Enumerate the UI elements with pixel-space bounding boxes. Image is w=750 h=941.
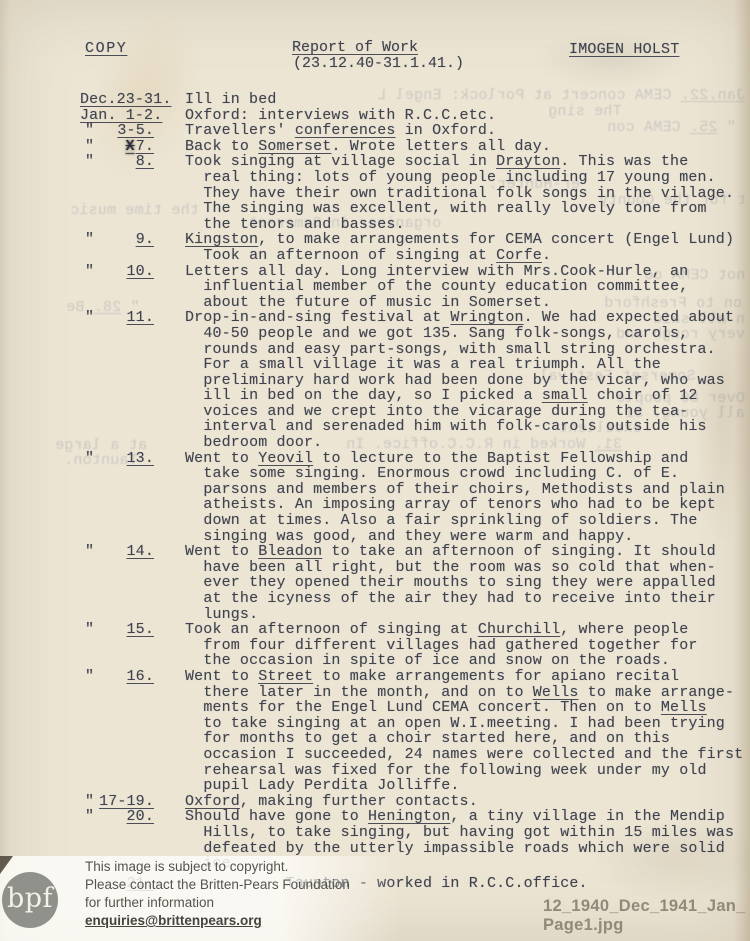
copyright-email-link[interactable]: enquiries@brittenpears.org <box>85 913 262 928</box>
report-entry: "3-5.Travellers' conferences in Oxford. <box>0 123 750 139</box>
entry-date: "11. <box>80 310 172 326</box>
entry-date: "9. <box>80 232 172 248</box>
entry-date-label: 15. <box>127 622 172 638</box>
ditto-mark: " <box>80 809 94 825</box>
ditto-mark: " <box>80 232 94 248</box>
ditto-mark: " <box>80 310 94 326</box>
entry-date-label: 11. <box>127 310 172 326</box>
report-entry: "17-19.Oxford, making further contacts. <box>0 794 750 810</box>
report-entry: "8.Took singing at village social in Dra… <box>0 154 750 232</box>
entry-date-label: 8. <box>136 154 172 170</box>
entry-date: "16. <box>80 669 172 685</box>
copyright-line-2: Please contact the Britten-Pears Foundat… <box>85 876 350 894</box>
paper-stain <box>530 30 690 90</box>
copyright-line-1: This image is subject to copyright. <box>85 858 350 876</box>
report-entry: "10.Letters all day. Long interview with… <box>0 264 750 311</box>
report-title: Report of Work <box>292 39 418 56</box>
entry-date-label: 13. <box>127 451 172 467</box>
report-entry: "9.Kingston, to make arrangements for CE… <box>0 232 750 263</box>
bpf-logo-text: bpf <box>7 883 53 917</box>
entry-date: "17-19. <box>80 794 172 810</box>
ditto-mark: " <box>80 123 94 139</box>
ditto-mark: " <box>80 622 94 638</box>
filename-line-2: Page1.jpg <box>543 916 746 935</box>
entry-date-label: Jan. 1-2. <box>80 108 162 124</box>
report-entry: "13.Went to Yeovil to lecture to the Bap… <box>0 451 750 545</box>
entry-date: "15. <box>80 622 172 638</box>
entry-date: "10. <box>80 264 172 280</box>
report-entry: Dec.23-31.Ill in bed <box>0 92 750 108</box>
report-entry: Jan. 1-2.Oxford: interviews with R.C.C.e… <box>0 108 750 124</box>
copyright-notice: This image is subject to copyright. Plea… <box>85 858 350 930</box>
entry-date-label: 3-5. <box>117 123 172 139</box>
entry-text: Took an afternoon of singing at Churchil… <box>185 622 750 669</box>
filename-line-1: 12_1940_Dec_1941_Jan_ <box>543 897 746 916</box>
entry-date-label: Dec.23-31. <box>80 92 172 108</box>
overstrike-mark: X <box>126 138 135 155</box>
entry-text: Letters all day. Long interview with Mrs… <box>185 264 750 311</box>
entry-date: "20. <box>80 809 172 825</box>
report-entries: Dec.23-31.Ill in bedJan. 1-2.Oxford: int… <box>0 92 750 891</box>
ditto-mark: " <box>80 451 94 467</box>
entry-date: "8. <box>80 154 172 170</box>
entry-text: Oxford, making further contacts. <box>185 794 750 810</box>
entry-text: Drop-in-and-sing festival at Wrington. W… <box>185 310 750 450</box>
filename-watermark: 12_1940_Dec_1941_Jan_ Page1.jpg <box>543 897 746 935</box>
entry-text: Ill in bed <box>185 92 750 108</box>
entry-date-label: 14. <box>127 544 172 560</box>
report-period: (23.12.40-31.1.41.) <box>293 55 464 72</box>
entry-date: "3-5. <box>80 123 172 139</box>
entry-date-label: X7. <box>126 139 172 155</box>
page-corner-mark <box>0 856 13 874</box>
copyright-line-3: for further information <box>85 894 350 912</box>
report-entry: "11.Drop-in-and-sing festival at Wringto… <box>0 310 750 450</box>
entry-date-label: 10. <box>127 264 172 280</box>
ditto-mark: " <box>80 154 94 170</box>
copy-label: COPY <box>85 40 127 57</box>
ditto-mark: " <box>80 544 94 560</box>
entry-text: Kingston, to make arrangements for CEMA … <box>185 232 750 263</box>
entry-date: Dec.23-31. <box>80 92 172 108</box>
entry-text: Went to Street to make arrangements for … <box>185 669 750 794</box>
document-page: Jan.22. CEMA concert at Porlock: Engel L… <box>0 0 750 941</box>
report-entry: "16.Went to Street to make arrangements … <box>0 669 750 794</box>
ditto-mark: " <box>80 264 94 280</box>
entry-text: Went to Yeovil to lecture to the Baptist… <box>185 451 750 545</box>
entry-date-label: 16. <box>127 669 172 685</box>
bpf-logo: bpf <box>2 872 58 928</box>
report-entry: "15.Took an afternoon of singing at Chur… <box>0 622 750 669</box>
entry-date-label: 9. <box>136 232 172 248</box>
entry-date-label: 20. <box>127 809 172 825</box>
entry-date: "13. <box>80 451 172 467</box>
entry-date: "14. <box>80 544 172 560</box>
entry-text: Oxford: interviews with R.C.C.etc. <box>185 108 750 124</box>
ditto-mark: " <box>80 794 94 810</box>
entry-text: Went to Bleadon to take an afternoon of … <box>185 544 750 622</box>
ditto-mark: " <box>80 669 94 685</box>
entry-text: Took singing at village social in Drayto… <box>185 154 750 232</box>
entry-date: Jan. 1-2. <box>80 108 172 124</box>
author-name: IMOGEN HOLST <box>569 41 679 58</box>
entry-text: Travellers' conferences in Oxford. <box>185 123 750 139</box>
report-entry: "14.Went to Bleadon to take an afternoon… <box>0 544 750 622</box>
entry-date-label: 17-19. <box>99 794 172 810</box>
